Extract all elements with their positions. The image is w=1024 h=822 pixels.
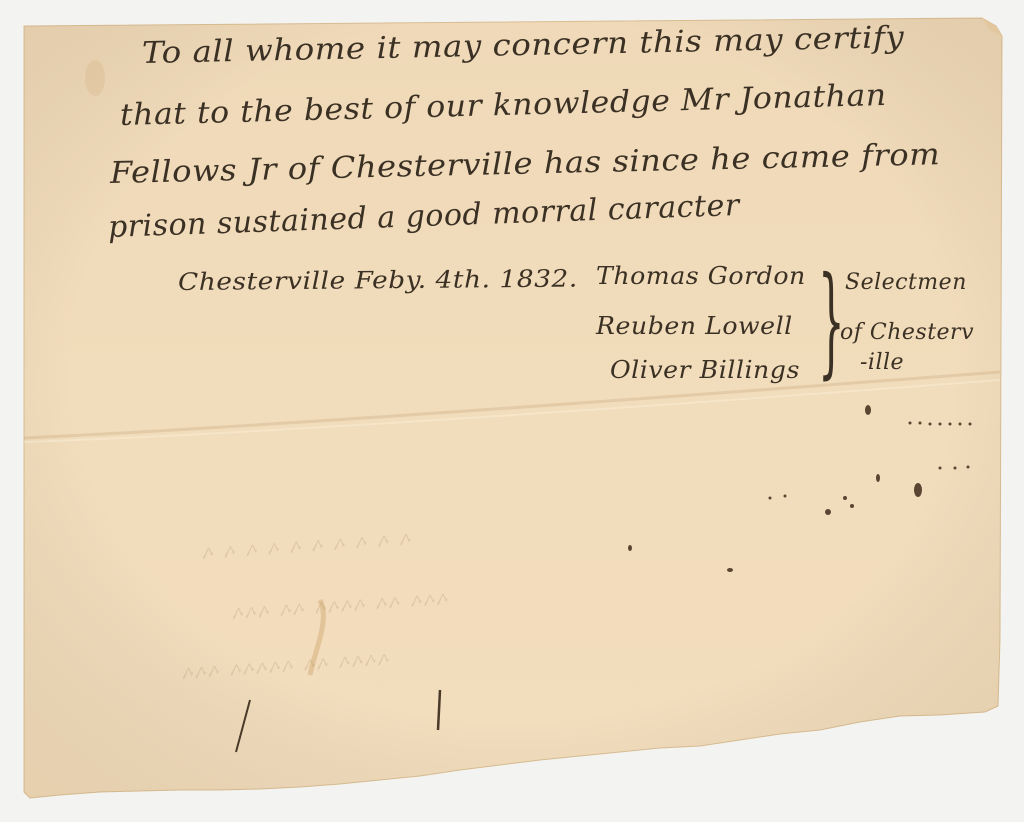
signature-oliver-billings: Oliver Billings <box>610 356 800 384</box>
signatory-title-line-2: of Chesterv <box>840 320 974 345</box>
document-scan: ﾍ ﾍ ﾍ ﾍ ﾍ ﾍ ﾍ ﾍ ﾍ ﾍ ﾍﾍﾍ ﾍﾍ ﾍﾍﾍﾍ ﾍﾍ ﾍﾍﾍ ﾍ… <box>0 0 1024 822</box>
signatory-title-line-1: Selectmen <box>845 270 967 295</box>
signature-reuben-lowell: Reuben Lowell <box>596 312 793 340</box>
dateline: Chesterville Feby. 4th. 1832. <box>178 265 578 296</box>
signature-thomas-gordon: Thomas Gordon <box>596 262 806 290</box>
signatory-title-line-3: -ille <box>860 350 904 375</box>
